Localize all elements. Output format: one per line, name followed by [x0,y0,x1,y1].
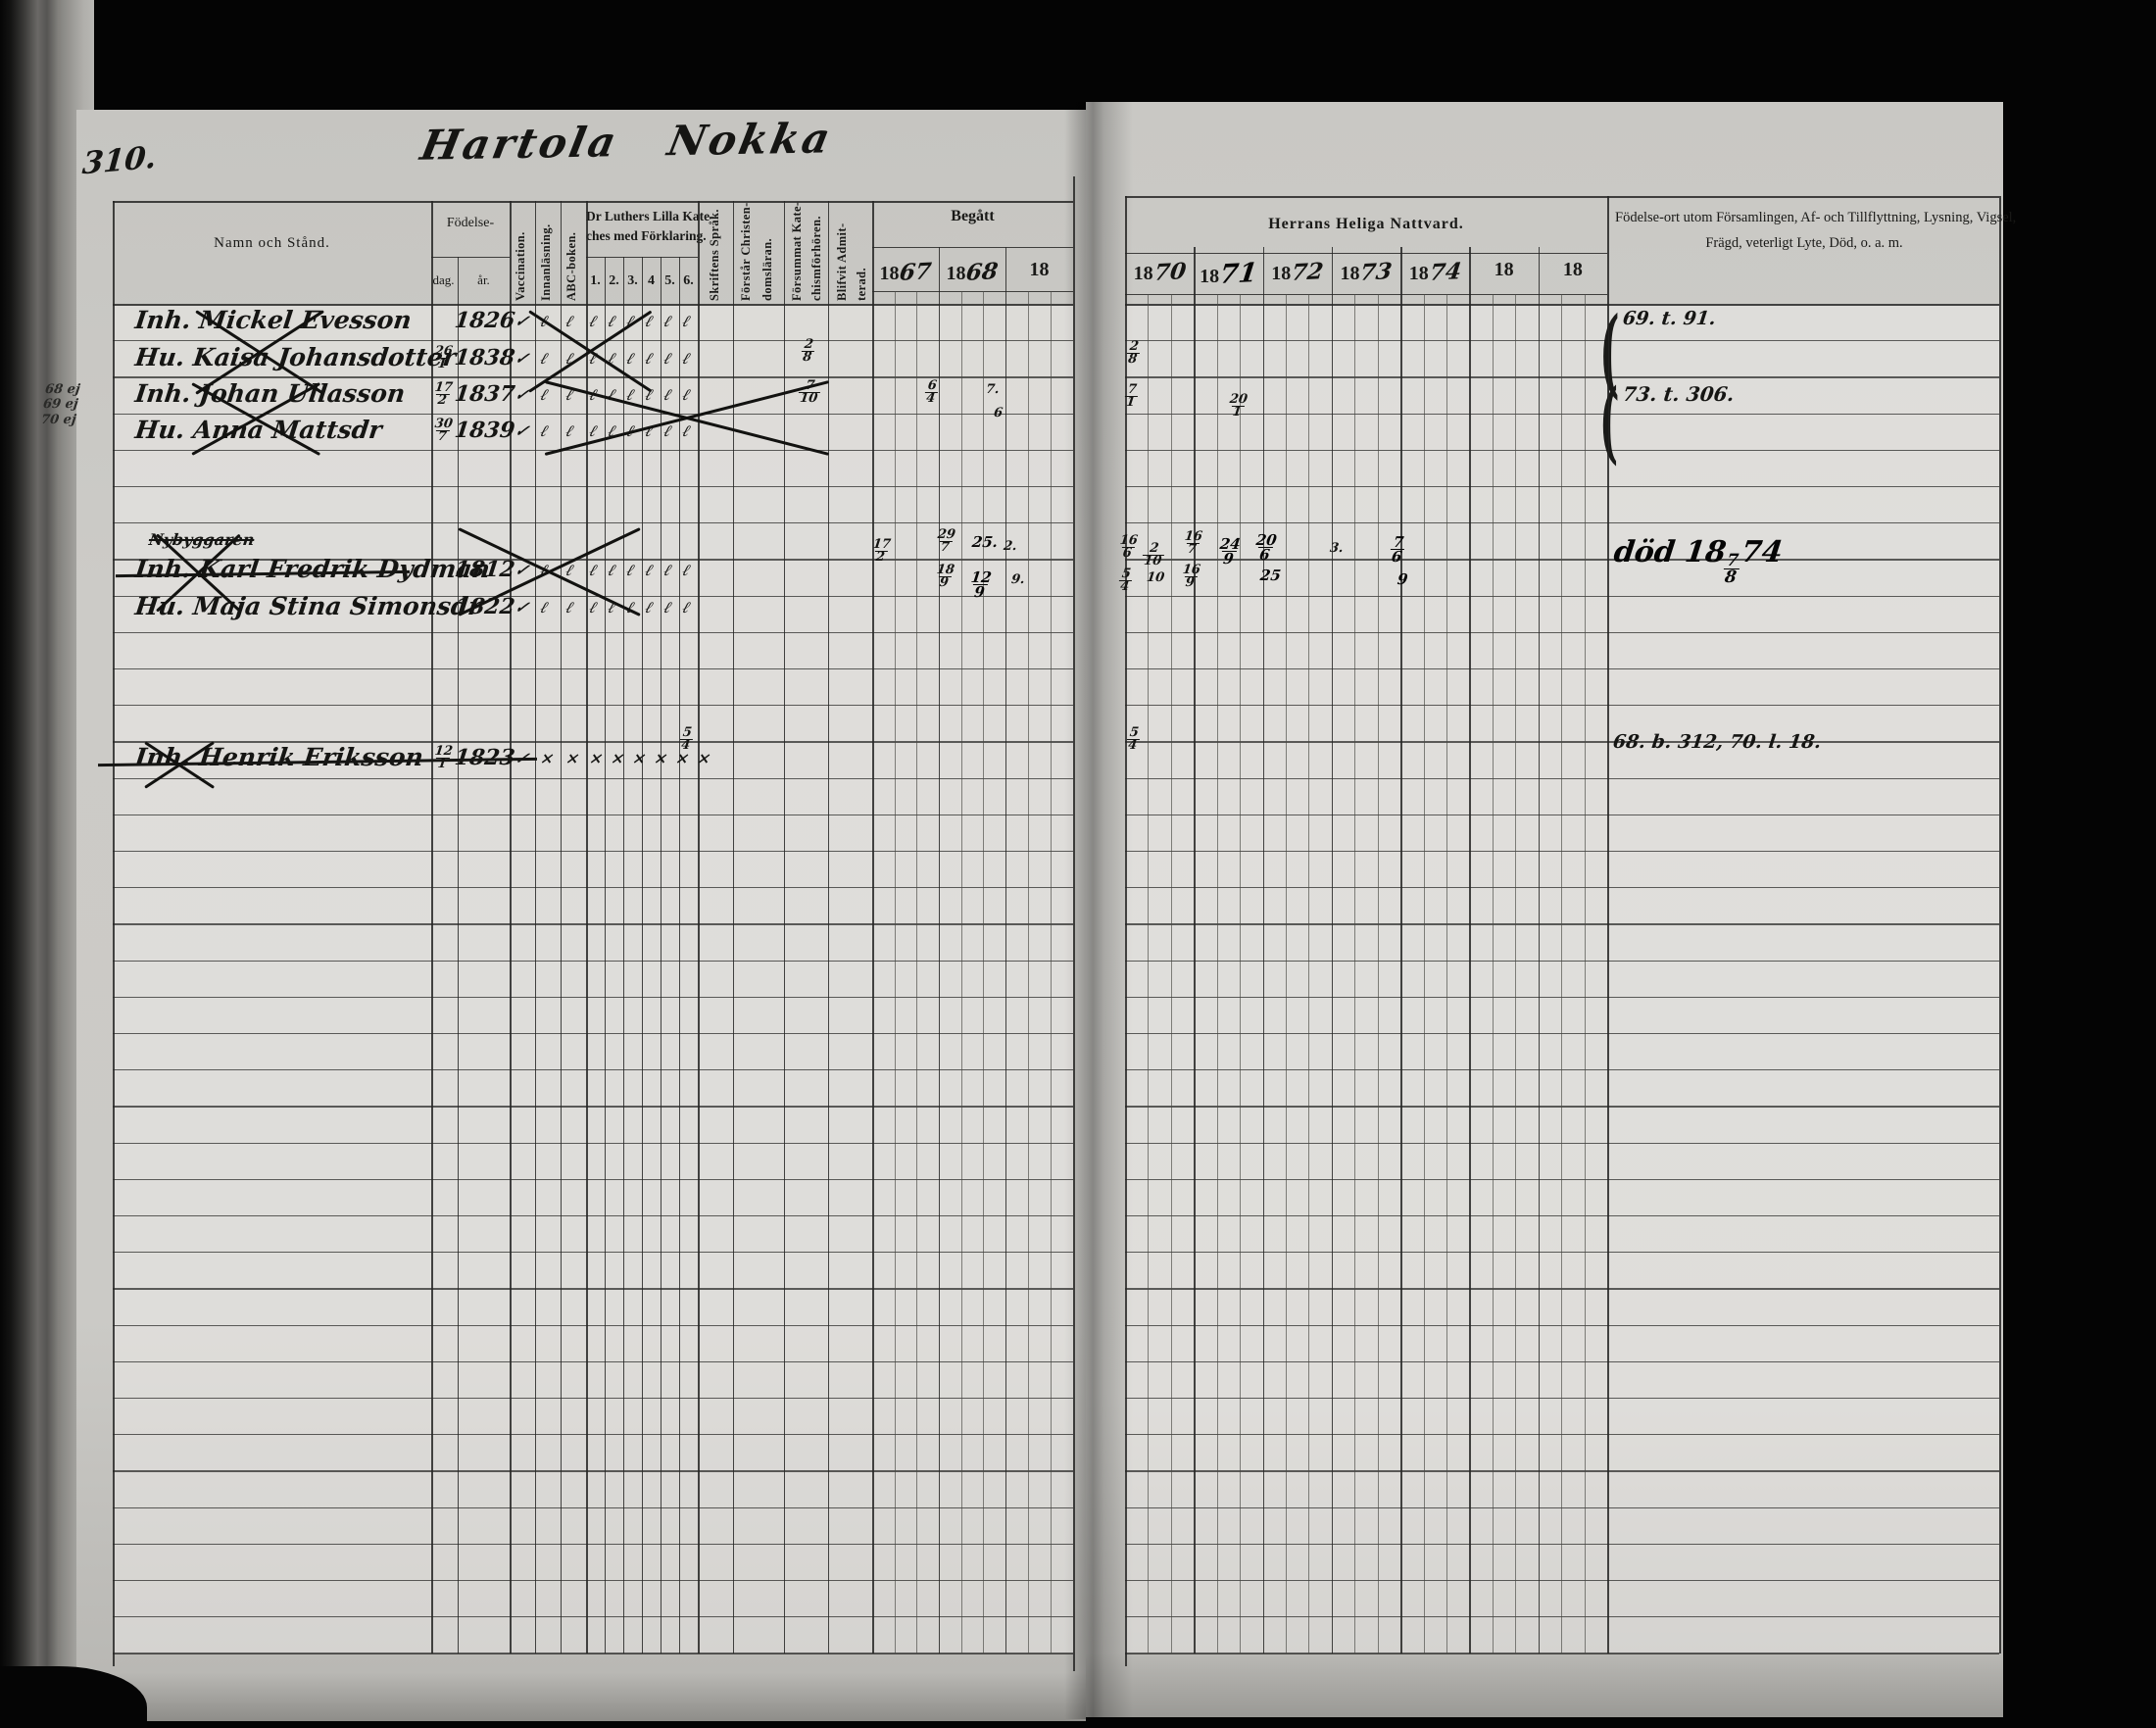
year-cell: 1874 [1400,259,1469,285]
grid-line [113,201,1073,203]
communion-date-mark: 25. [971,533,999,551]
year-printed: 18 [879,263,899,284]
entry-birth-year: 1826 [453,308,515,333]
grid-line [113,961,1073,962]
grid-line [113,1252,1073,1253]
year-cell: 1872 [1263,259,1332,285]
grid-line [1332,247,1334,1654]
year-printed: 18 [1563,259,1583,280]
grid-line [1608,323,1609,456]
year-cell: 1873 [1332,259,1400,285]
grid-line [113,1361,1073,1362]
entry-birth-year: 1822 [453,594,515,619]
grid-line [431,257,510,258]
year-handwritten: 73 [1359,258,1395,286]
grid-line [1469,247,1471,1654]
catechism-sub-number: 5. [661,273,679,289]
communion-date-mark: 249 [1217,535,1242,567]
column-header-forstar-2: domsläran. [760,204,775,301]
grid-line [113,201,115,1666]
column-header-blifvit-2: terad. [855,204,869,301]
communion-date-mark: 172 [870,537,891,565]
column-header-forsummat-2: chismförhören. [809,204,824,301]
column-header-begatt: Begått [872,208,1073,225]
grid-line [113,632,1073,633]
grid-line [113,1069,1073,1070]
communion-date-mark: 3. [1329,541,1344,556]
catechism-sub-number: 3. [623,273,642,289]
entry-name: Hu. Maja Stina Simonsdr [133,592,482,620]
grid-line [939,247,940,1654]
column-header-forstar-1: Förstår Christen- [739,204,754,301]
grid-line [586,201,588,1654]
entry-birth-year: 1812 [453,557,515,582]
column-header-catechism-line2: ches med Förklaring. [586,228,698,244]
communion-date-mark: 25 [1259,567,1282,584]
column-header-birth: Födelse- [431,216,510,231]
year-handwritten: 74 [1428,258,1463,286]
year-printed: 18 [1271,263,1291,284]
grid-line [872,291,1073,292]
grid-line [113,1434,1073,1435]
grid-line [113,1507,1073,1508]
grid-line [661,257,661,1654]
grid-line [961,291,962,1654]
communion-date-mark: 129 [968,568,993,600]
year-printed: 18 [946,263,965,284]
grid-line [679,257,680,1654]
margin-note: 70 ej [40,413,76,427]
year-handwritten: 67 [899,258,934,286]
grid-line [895,291,896,1654]
marginal-note: 73. t. 306. [1622,382,1737,406]
column-header-notes-line1: Födelse-ort utom Församlingen, Af- och T… [1615,210,1993,226]
column-header-blifvit-1: Blifvit Admit- [835,204,850,301]
grid-line [1125,294,1607,295]
page-number: 310. [81,140,158,182]
entry-name: Inh. Karl Fredrik Dydman [133,555,491,583]
year-cell: 1870 [1125,259,1194,285]
communion-date-mark: 189 [934,563,955,590]
grid-line [1125,253,1607,254]
communion-date-mark: 7. [985,382,1000,397]
grid-line [1194,247,1196,1654]
margin-note: 69 ej [42,397,78,412]
grid-line [113,1215,1073,1216]
grid-line [113,1398,1073,1399]
grid-line [1125,196,1999,198]
communion-date-mark: 9. [1010,572,1025,587]
communion-date-mark: 6 [993,406,1004,420]
year-cell: 18 [1005,259,1073,281]
entry-birth-year: 1837 [453,381,515,407]
grid-line [113,778,1073,779]
grid-line [828,201,829,1654]
marginal-note: 68. b. 312, 70. l. 18. [1612,731,1823,753]
year-cell: 18 [1469,259,1538,281]
column-header-abc-boken: ABC-boken. [564,204,579,301]
grid-line [1125,196,1127,1666]
column-header-name: Namn och Stånd. [113,235,431,252]
marginal-note: 69. t. 91. [1622,308,1717,329]
year-cell: 18 [1539,259,1607,281]
grid-line [1148,294,1149,1654]
column-header-nattvard: Herrans Heliga Nattvard. [1125,216,1607,233]
grid-line [113,815,1073,815]
communion-date-mark: 9 [1396,570,1409,588]
grid-line [605,257,606,1654]
grid-line [1539,247,1541,1654]
margin-note: 68 ej [44,382,80,397]
grid-line [113,1179,1073,1180]
column-header-skriftens-sprak: Skriftens Språk. [708,204,722,301]
year-printed: 18 [1494,259,1514,280]
grid-line [733,201,734,1654]
grid-line [113,1106,1073,1107]
grid-line [113,340,1073,341]
grid-line [113,1325,1073,1326]
grid-line [113,923,1073,924]
grid-line [1493,294,1494,1654]
grid-line [1446,294,1447,1654]
communion-date-mark: 297 [935,527,955,555]
year-printed: 18 [1340,263,1359,284]
year-handwritten: 70 [1152,258,1188,286]
communion-date-mark: 2. [1003,539,1017,554]
grid-line [113,414,1073,415]
entry-name: Inh. Mickel Evesson [133,306,413,334]
grid-line [1051,291,1052,1654]
column-header-birth-day: dag. [429,272,458,288]
grid-line [535,201,536,1654]
year-printed: 18 [1134,263,1153,284]
grid-line [1028,291,1029,1654]
communion-date-mark: 201 [1227,392,1248,420]
grid-line [113,1470,1073,1471]
entry-birth-year: 1838 [453,345,515,370]
column-header-catechism-line1: Dr Luthers Lilla Kate- [586,209,698,224]
grid-line [113,1544,1073,1545]
grid-line [1354,294,1355,1654]
grid-line [113,997,1073,998]
grid-line [1308,294,1309,1654]
marginal-note-death: död 187874 [1610,535,1785,585]
grid-line [1073,176,1075,1671]
grid-line [872,247,1073,248]
year-cell: 1871 [1194,259,1262,289]
grid-line [1217,294,1218,1654]
grid-line [1263,247,1265,1654]
column-header-innanlasning: Innanläsning. [539,204,554,301]
grid-line [784,201,785,1654]
grid-line [1424,294,1425,1654]
grid-line [113,851,1073,852]
scanned-parish-register-spread: 310. Hartola Nokka Namn och Stånd. Födel… [0,0,2156,1728]
grid-line [1005,247,1006,1654]
year-printed: 18 [1409,263,1429,284]
grid-line [983,291,984,1654]
year-handwritten: 71 [1218,258,1259,290]
grid-line [1286,294,1287,1654]
communion-date-mark: 169 [1180,563,1200,590]
grid-line [1400,247,1402,1654]
entry-name: Inh. Johan Ullasson [133,379,407,408]
grid-line [1585,294,1586,1654]
grid-line [113,1288,1073,1289]
communion-date-mark: 206 [1253,531,1278,563]
grid-line [561,201,562,1654]
communion-date-mark: 166 [1117,533,1138,561]
grid-line [1378,294,1379,1654]
column-header-notes-line2: Frägd, veterligt Lyte, Död, o. a. m. [1615,235,1993,252]
grid-line [113,522,1073,523]
grid-line [623,257,624,1654]
grid-line [113,1033,1073,1034]
grid-line [458,257,459,1654]
grid-line [916,291,917,1654]
year-cell: 1868 [939,259,1005,285]
communion-date-mark: 210 [1141,541,1165,568]
ruled-area-left [113,304,1073,1654]
communion-date-mark: 10 [1146,570,1165,585]
page-title: Hartola Nokka [416,114,837,169]
year-printed: 18 [1200,266,1219,287]
column-header-vaccination: Vaccination. [514,204,528,301]
grid-line [113,486,1073,487]
grid-line [1171,294,1172,1654]
year-cell: 1867 [872,259,939,285]
grid-line [113,1143,1073,1144]
communion-date-mark: 167 [1182,529,1202,557]
grid-line [1999,196,2001,1654]
year-handwritten: 72 [1290,258,1325,286]
catechism-sub-number: 2. [605,273,623,289]
grid-line [113,1616,1073,1617]
entry-birth-year: 1839 [453,418,515,443]
grid-line [113,1580,1073,1581]
entry-name: Hu. Kaisa Johansdotter [133,343,458,371]
grid-line [113,705,1073,706]
column-header-birth-year: år. [458,272,510,288]
year-printed: 18 [1030,259,1050,280]
column-header-forsummat-1: Försummat Kate- [790,204,805,301]
catechism-sub-number: 6. [679,273,698,289]
grid-line [1515,294,1516,1654]
grid-line [872,201,874,1654]
grid-line [1561,294,1562,1654]
grid-line [113,887,1073,888]
grid-line [1240,294,1241,1654]
grid-line [113,668,1073,669]
grid-line [642,257,643,1654]
grid-line [113,450,1073,451]
year-handwritten: 68 [965,258,1001,286]
catechism-sub-number: 4 [642,273,661,289]
catechism-sub-number: 1. [586,273,605,289]
grid-line [113,1653,1073,1654]
